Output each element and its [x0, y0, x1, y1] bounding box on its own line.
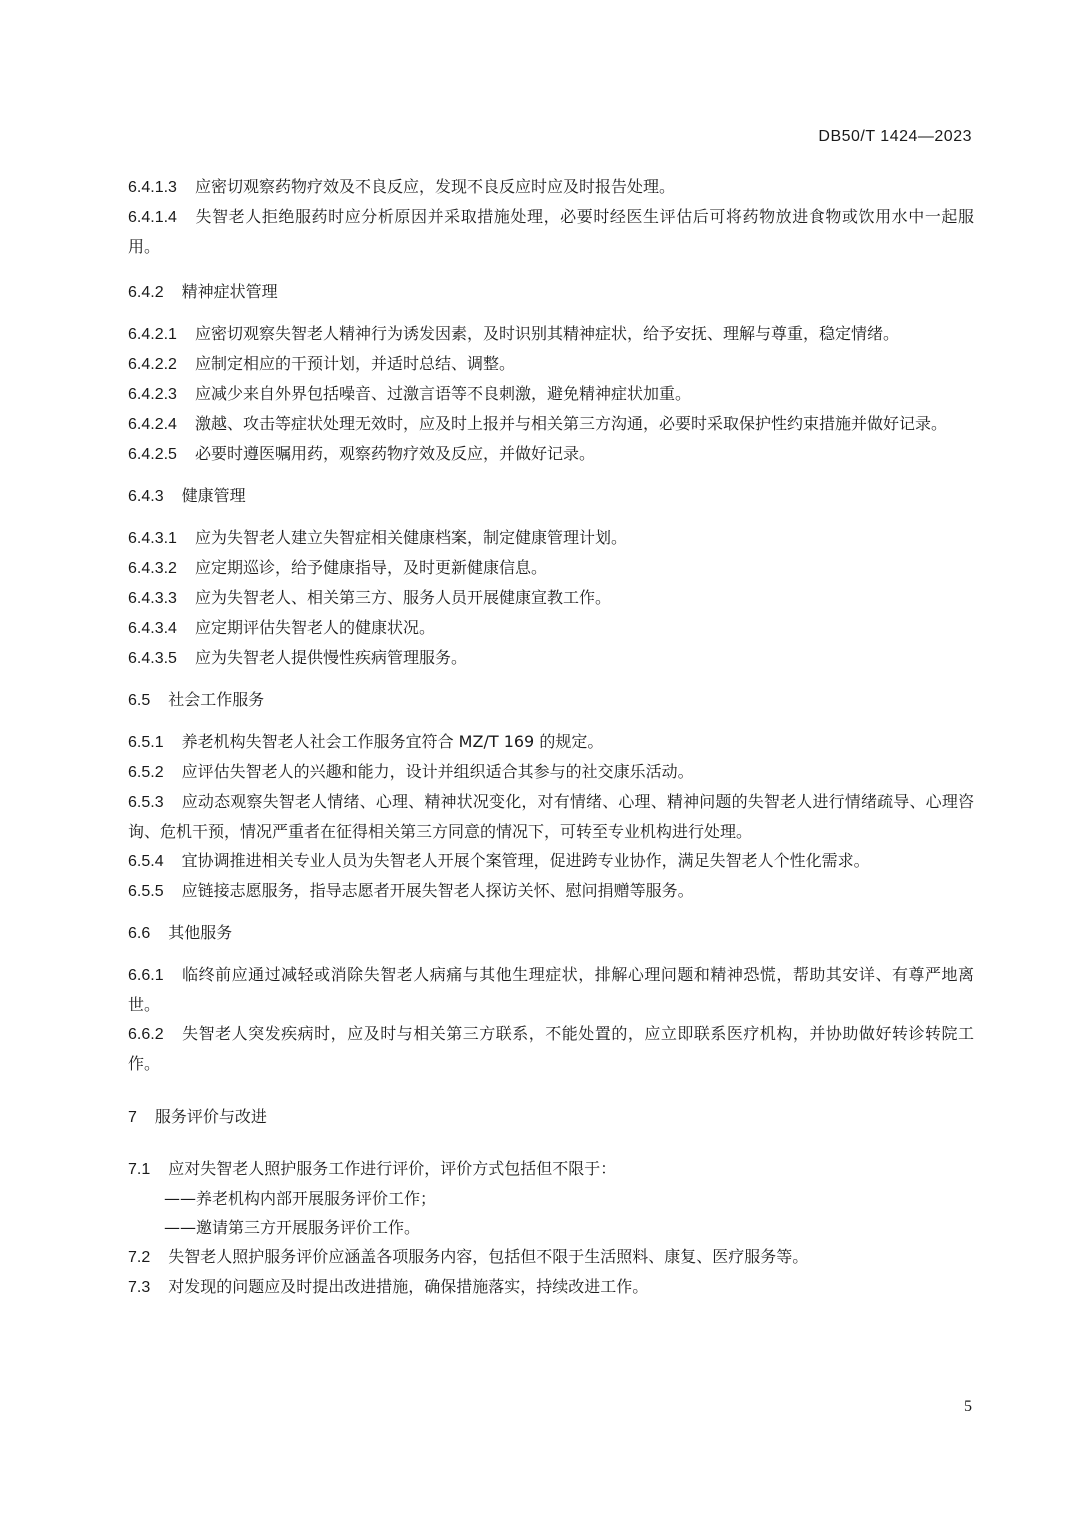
clause-number: 6.4.3.3 [128, 590, 177, 607]
clause-7-1: 7.1应对失智老人照护服务工作进行评价，评价方式包括但不限于： [128, 1154, 974, 1184]
clause-text: 应定期评估失智老人的健康状况。 [195, 618, 435, 637]
clause-6-4-3-1: 6.4.3.1应为失智老人建立失智症相关健康档案，制定健康管理计划。 [128, 523, 974, 553]
clause-text: 临终前应通过减轻或消除失智老人病痛与其他生理症状，排解心理问题和精神恐慌，帮助其… [128, 965, 974, 1014]
heading-6-4-2: 6.4.2精神症状管理 [128, 277, 974, 307]
clause-number: 6.4.3.5 [128, 650, 177, 667]
clause-6-4-2-3: 6.4.2.3应减少来自外界包括噪音、过激言语等不良刺激，避免精神症状加重。 [128, 379, 974, 409]
clause-number: 6.4.2.2 [128, 356, 177, 373]
clause-number: 6.4.2.3 [128, 386, 177, 403]
clause-number: 6.4.3.1 [128, 530, 177, 547]
clause-6-4-2-5: 6.4.2.5必要时遵医嘱用药，观察药物疗效及反应，并做好记录。 [128, 439, 974, 469]
clause-number: 6.6.2 [128, 1026, 164, 1043]
heading-text: 其他服务 [168, 923, 232, 942]
clause-number: 6.5.2 [128, 764, 164, 781]
clause-6-5-3: 6.5.3应动态观察失智老人情绪、心理、精神状况变化，对有情绪、心理、精神问题的… [128, 787, 974, 846]
clause-number: 6.5.4 [128, 853, 164, 870]
clause-6-6-2: 6.6.2失智老人突发疾病时，应及时与相关第三方联系，不能处置的，应立即联系医疗… [128, 1019, 974, 1078]
clause-number: 6.4.2.1 [128, 326, 177, 343]
page-number: 5 [964, 1398, 972, 1416]
heading-6-6: 6.6其他服务 [128, 918, 974, 948]
clause-text: 应评估失智老人的兴趣和能力，设计并组织适合其参与的社交康乐活动。 [182, 762, 694, 781]
clause-text: 应链接志愿服务，指导志愿者开展失智老人探访关怀、慰问捐赠等服务。 [182, 881, 694, 900]
clause-text: 应定期巡诊，给予健康指导，及时更新健康信息。 [195, 558, 547, 577]
clause-6-4-2-1: 6.4.2.1应密切观察失智老人精神行为诱发因素，及时识别其精神症状，给予安抚、… [128, 319, 974, 349]
clause-6-4-1-4: 6.4.1.4失智老人拒绝服药时应分析原因并采取措施处理，必要时经医生评估后可将… [128, 202, 974, 261]
heading-number: 6.6 [128, 925, 150, 942]
clause-6-4-3-3: 6.4.3.3应为失智老人、相关第三方、服务人员开展健康宣教工作。 [128, 583, 974, 613]
clause-6-5-4: 6.5.4宜协调推进相关专业人员为失智老人开展个案管理，促进跨专业协作，满足失智… [128, 846, 974, 876]
clause-text: 应密切观察失智老人精神行为诱发因素，及时识别其精神症状，给予安抚、理解与尊重，稳… [195, 324, 899, 343]
clause-number: 6.4.2.5 [128, 446, 177, 463]
clause-number: 6.4.1.3 [128, 179, 177, 196]
heading-number: 6.5 [128, 692, 150, 709]
heading-number: 6.4.3 [128, 488, 164, 505]
clause-text: 失智老人拒绝服药时应分析原因并采取措施处理，必要时经医生评估后可将药物放进食物或… [128, 207, 974, 256]
clause-text: 应动态观察失智老人情绪、心理、精神状况变化，对有情绪、心理、精神问题的失智老人进… [128, 792, 974, 841]
clause-text: 应密切观察药物疗效及不良反应，发现不良反应时应及时报告处理。 [195, 177, 675, 196]
heading-6-4-3: 6.4.3健康管理 [128, 481, 974, 511]
document-code-header: DB50/T 1424—2023 [818, 128, 972, 146]
document-body: 6.4.1.3应密切观察药物疗效及不良反应，发现不良反应时应及时报告处理。 6.… [128, 172, 974, 1302]
clause-6-4-3-2: 6.4.3.2应定期巡诊，给予健康指导，及时更新健康信息。 [128, 553, 974, 583]
clause-number: 7.3 [128, 1279, 150, 1296]
clause-6-5-2: 6.5.2应评估失智老人的兴趣和能力，设计并组织适合其参与的社交康乐活动。 [128, 757, 974, 787]
clause-text: 必要时遵医嘱用药，观察药物疗效及反应，并做好记录。 [195, 444, 595, 463]
clause-number: 6.4.3.4 [128, 620, 177, 637]
list-item-dash: ——邀请第三方开展服务评价工作。 [128, 1213, 974, 1242]
heading-number: 6.4.2 [128, 284, 164, 301]
clause-text: 应为失智老人提供慢性疾病管理服务。 [195, 648, 467, 667]
clause-6-5-5: 6.5.5应链接志愿服务，指导志愿者开展失智老人探访关怀、慰问捐赠等服务。 [128, 876, 974, 906]
clause-text: 对发现的问题应及时提出改进措施，确保措施落实，持续改进工作。 [168, 1277, 648, 1296]
clause-text: 应为失智老人建立失智症相关健康档案，制定健康管理计划。 [195, 528, 627, 547]
heading-text: 服务评价与改进 [155, 1107, 267, 1126]
clause-number: 7.1 [128, 1161, 150, 1178]
clause-number: 6.4.1.4 [128, 209, 177, 226]
list-item-text: ——养老机构内部开展服务评价工作； [164, 1189, 436, 1208]
heading-7: 7服务评价与改进 [128, 1102, 974, 1132]
clause-6-6-1: 6.6.1临终前应通过减轻或消除失智老人病痛与其他生理症状，排解心理问题和精神恐… [128, 960, 974, 1019]
clause-number: 6.5.3 [128, 794, 164, 811]
clause-6-4-3-5: 6.4.3.5应为失智老人提供慢性疾病管理服务。 [128, 643, 974, 673]
clause-text: 激越、攻击等症状处理无效时，应及时上报并与相关第三方沟通，必要时采取保护性约束措… [195, 414, 947, 433]
heading-text: 社会工作服务 [168, 690, 264, 709]
clause-text: 失智老人突发疾病时，应及时与相关第三方联系，不能处置的，应立即联系医疗机构，并协… [128, 1024, 974, 1073]
clause-text: 应为失智老人、相关第三方、服务人员开展健康宣教工作。 [195, 588, 611, 607]
clause-text: 失智老人照护服务评价应涵盖各项服务内容，包括但不限于生活照料、康复、医疗服务等。 [168, 1247, 808, 1266]
heading-text: 健康管理 [182, 486, 246, 505]
clause-7-3: 7.3对发现的问题应及时提出改进措施，确保措施落实，持续改进工作。 [128, 1272, 974, 1302]
clause-text: 养老机构失智老人社会工作服务宜符合 MZ/T 169 的规定。 [182, 732, 604, 751]
clause-text: 应对失智老人照护服务工作进行评价，评价方式包括但不限于： [168, 1159, 616, 1178]
clause-number: 6.6.1 [128, 967, 164, 984]
clause-text: 应制定相应的干预计划，并适时总结、调整。 [195, 354, 515, 373]
clause-6-4-2-2: 6.4.2.2应制定相应的干预计划，并适时总结、调整。 [128, 349, 974, 379]
clause-number: 6.4.3.2 [128, 560, 177, 577]
clause-number: 7.2 [128, 1249, 150, 1266]
clause-7-2: 7.2失智老人照护服务评价应涵盖各项服务内容，包括但不限于生活照料、康复、医疗服… [128, 1242, 974, 1272]
list-item-text: ——邀请第三方开展服务评价工作。 [164, 1218, 420, 1237]
heading-text: 精神症状管理 [182, 282, 278, 301]
clause-text: 宜协调推进相关专业人员为失智老人开展个案管理，促进跨专业协作，满足失智老人个性化… [182, 851, 870, 870]
clause-6-4-2-4: 6.4.2.4激越、攻击等症状处理无效时，应及时上报并与相关第三方沟通，必要时采… [128, 409, 974, 439]
clause-6-4-1-3: 6.4.1.3应密切观察药物疗效及不良反应，发现不良反应时应及时报告处理。 [128, 172, 974, 202]
list-item-dash: ——养老机构内部开展服务评价工作； [128, 1184, 974, 1213]
clause-number: 6.5.1 [128, 734, 164, 751]
clause-number: 6.4.2.4 [128, 416, 177, 433]
clause-text: 应减少来自外界包括噪音、过激言语等不良刺激，避免精神症状加重。 [195, 384, 691, 403]
heading-6-5: 6.5社会工作服务 [128, 685, 974, 715]
heading-number: 7 [128, 1109, 137, 1126]
clause-6-5-1: 6.5.1养老机构失智老人社会工作服务宜符合 MZ/T 169 的规定。 [128, 727, 974, 757]
clause-6-4-3-4: 6.4.3.4应定期评估失智老人的健康状况。 [128, 613, 974, 643]
clause-number: 6.5.5 [128, 883, 164, 900]
